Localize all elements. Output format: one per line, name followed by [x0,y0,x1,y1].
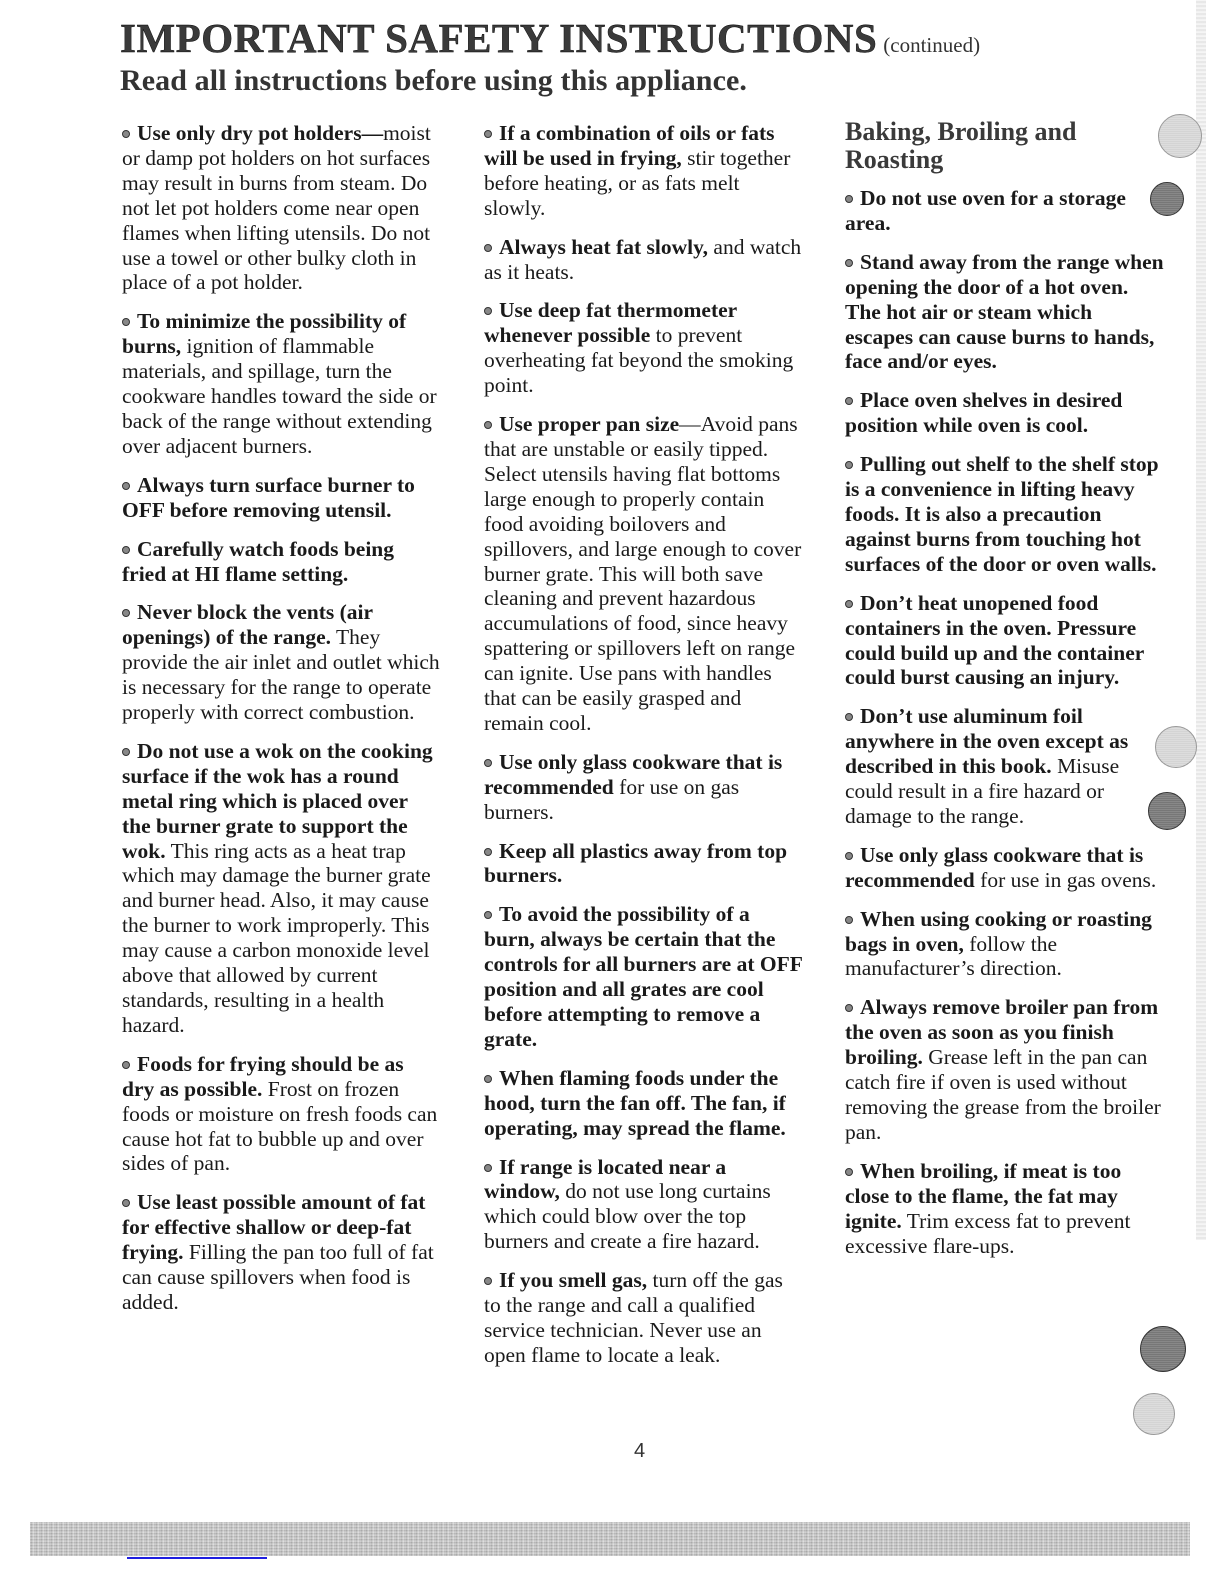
column-2: If a combination of oils or fats will be… [484,121,804,1382]
instruction-item: Don’t use aluminum foil anywhere in the … [845,704,1165,829]
instruction-item: Do not use oven for a storage area. [845,186,1165,236]
page-title: IMPORTANT SAFETY INSTRUCTIONS [120,15,877,61]
instruction-item: Always remove broiler pan from the oven … [845,995,1165,1144]
binder-hole-icon [1155,726,1197,768]
instruction-lead: Keep all plastics away from top burners. [484,839,787,888]
bullet-icon [845,195,853,203]
column-3: Baking, Broiling and Roasting Do not use… [845,118,1165,1272]
bullet-icon [845,1004,853,1012]
scan-bottom-artifact [30,1522,1190,1556]
instruction-lead: Do not use oven for a storage area. [845,186,1126,235]
instruction-item: If you smell gas, turn off the gas to th… [484,1268,804,1368]
instruction-item: Use deep fat thermometer whenever possib… [484,298,804,398]
page-header: IMPORTANT SAFETY INSTRUCTIONS(continued)… [120,14,980,98]
instruction-item: Use least possible amount of fat for eff… [122,1190,440,1315]
bullet-icon [484,848,492,856]
bullet-icon [845,461,853,469]
bullet-icon [122,1061,130,1069]
bullet-icon [845,600,853,608]
instruction-item: To avoid the possibility of a burn, alwa… [484,902,804,1051]
instruction-item: Use proper pan size—Avoid pans that are … [484,412,804,736]
section-title: Baking, Broiling and Roasting [845,118,1165,174]
bullet-icon [122,318,130,326]
bullet-icon [484,244,492,252]
instruction-item: Carefully watch foods being fried at HI … [122,537,440,587]
instruction-lead: When flaming foods under the hood, turn … [484,1066,786,1140]
bullet-icon [845,852,853,860]
bullet-icon [484,1277,492,1285]
instruction-item: Use only dry pot holders—moist or damp p… [122,121,440,295]
instruction-lead: Stand away from the range when opening t… [845,250,1164,374]
title-line: IMPORTANT SAFETY INSTRUCTIONS(continued) [120,14,980,62]
binder-hole-icon [1150,182,1184,216]
page-subtitle: Read all instructions before using this … [120,64,980,98]
bullet-icon [845,1168,853,1176]
instruction-item: Foods for frying should be as dry as pos… [122,1052,440,1177]
instruction-item: If range is located near a window, do no… [484,1155,804,1255]
instruction-item: When using cooking or roasting bags in o… [845,907,1165,982]
instruction-text: —Avoid pans that are unstable or easily … [484,412,801,735]
column-1: Use only dry pot holders—moist or damp p… [122,121,440,1329]
instruction-item: Never block the vents (air openings) of … [122,600,440,725]
instruction-lead: Carefully watch foods being fried at HI … [122,537,394,586]
bullet-icon [122,609,130,617]
bullet-icon [122,130,130,138]
instruction-item: Stand away from the range when opening t… [845,250,1165,375]
bullet-icon [484,130,492,138]
instruction-lead: Pulling out shelf to the shelf stop is a… [845,452,1159,576]
scan-edge-artifact [1196,0,1206,1240]
instruction-item: Always heat fat slowly, and watch as it … [484,235,804,285]
instruction-item: To minimize the possibility of burns, ig… [122,309,440,458]
instruction-lead: Always heat fat slowly, [499,235,708,259]
instruction-lead: To avoid the possibility of a burn, alwa… [484,902,802,1051]
instruction-item: Place oven shelves in desired position w… [845,388,1165,438]
binder-hole-icon [1140,1326,1186,1372]
bullet-icon [484,307,492,315]
instruction-item: Do not use a wok on the cooking surface … [122,739,440,1038]
instruction-lead: If you smell gas, [499,1268,647,1292]
bullet-icon [122,482,130,490]
binder-hole-icon [1158,114,1202,158]
instruction-lead: Don’t heat unopened food containers in t… [845,591,1144,690]
binder-hole-icon [1133,1393,1175,1435]
bullet-icon [845,397,853,405]
scan-blue-mark [127,1557,267,1559]
binder-hole-icon [1148,792,1186,830]
instruction-item: Don’t heat unopened food containers in t… [845,591,1165,691]
instruction-text: moist or damp pot holders on hot surface… [122,121,431,294]
instruction-text: This ring acts as a heat trap which may … [122,839,431,1037]
page-number: 4 [634,1440,645,1463]
bullet-icon [484,421,492,429]
instruction-lead: Place oven shelves in desired position w… [845,388,1122,437]
instruction-lead: Always turn surface burner to OFF before… [122,473,415,522]
instruction-item: Use only glass cookware that is recommen… [845,843,1165,893]
instruction-item: When broiling, if meat is too close to t… [845,1159,1165,1259]
instruction-text: for use in gas ovens. [975,868,1157,892]
instruction-item: Use only glass cookware that is recommen… [484,750,804,825]
title-suffix: (continued) [883,33,980,57]
bullet-icon [484,911,492,919]
instruction-item: Always turn surface burner to OFF before… [122,473,440,523]
bullet-icon [845,259,853,267]
bullet-icon [484,759,492,767]
bullet-icon [845,916,853,924]
instruction-item: Pulling out shelf to the shelf stop is a… [845,452,1165,577]
instruction-item: Keep all plastics away from top burners. [484,839,804,889]
instruction-item: If a combination of oils or fats will be… [484,121,804,221]
bullet-icon [845,713,853,721]
bullet-icon [122,546,130,554]
bullet-icon [122,1199,130,1207]
instruction-item: When flaming foods under the hood, turn … [484,1066,804,1141]
bullet-icon [484,1164,492,1172]
bullet-icon [122,748,130,756]
bullet-icon [484,1075,492,1083]
instruction-lead: Use only dry pot holders— [137,121,383,145]
instruction-lead: Use proper pan size [499,412,679,436]
